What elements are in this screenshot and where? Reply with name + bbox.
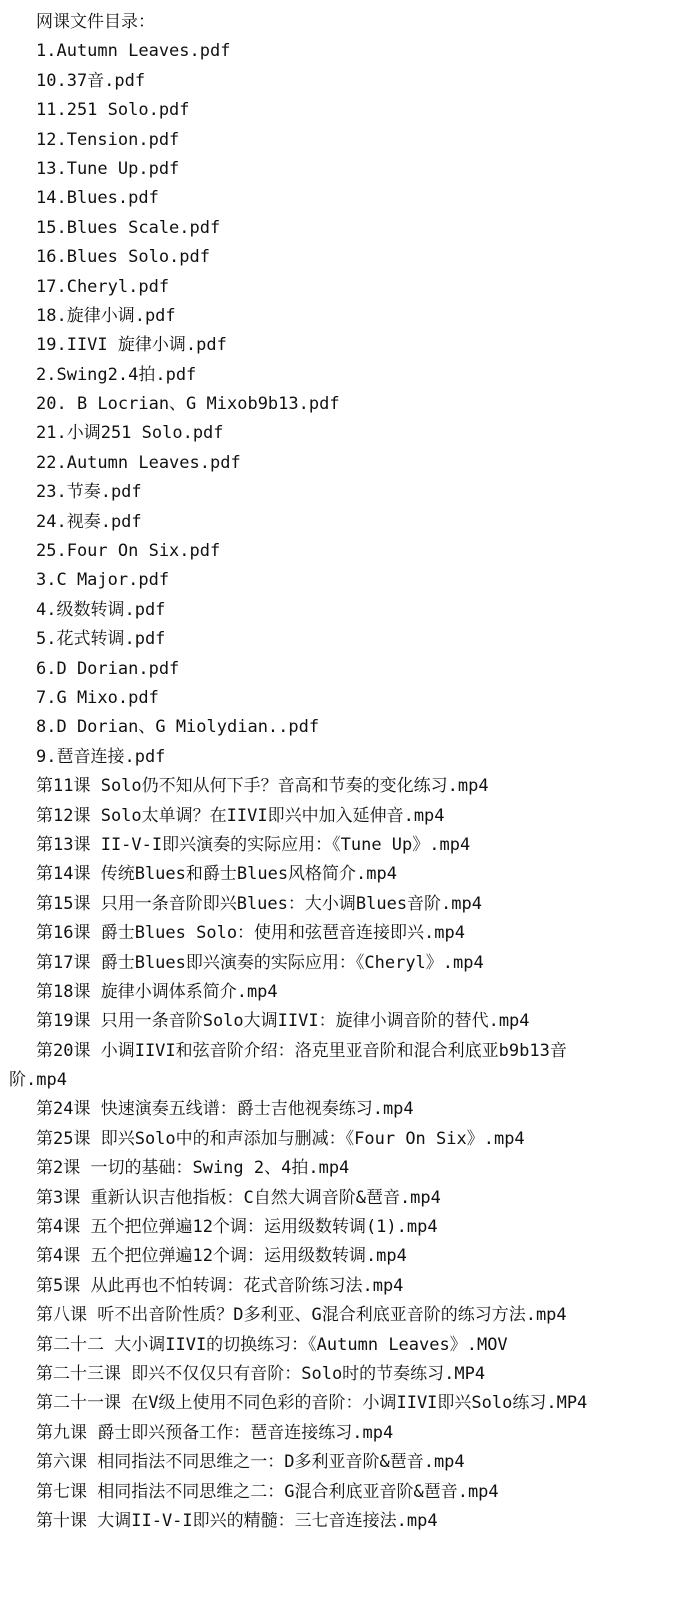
list-item: 第二十二 大小调IIVI的切换练习：《Autumn Leaves》.MOV <box>0 1331 700 1360</box>
file-listing-document: 网课文件目录： 1.Autumn Leaves.pdf 10.37音.pdf 1… <box>0 0 700 1536</box>
list-item: 8.D Dorian、G Miolydian..pdf <box>0 713 700 742</box>
list-item: 19.IIVI 旋律小调.pdf <box>0 331 700 360</box>
list-item: 第24课 快速演奏五线谱：爵士吉他视奏练习.mp4 <box>0 1095 700 1124</box>
list-item: 第八课 听不出音阶性质？D多利亚、G混合利底亚音阶的练习方法.mp4 <box>0 1301 700 1330</box>
list-item: 3.C Major.pdf <box>0 566 700 595</box>
list-item: 第4课 五个把位弹遍12个调：运用级数转调(1).mp4 <box>0 1213 700 1242</box>
list-item: 第18课 旋律小调体系简介.mp4 <box>0 978 700 1007</box>
list-item: 16.Blues Solo.pdf <box>0 243 700 272</box>
list-item: 11.251 Solo.pdf <box>0 96 700 125</box>
video-file-list: 第11课 Solo仍不知从何下手？音高和节奏的变化练习.mp4 第12课 Sol… <box>0 772 700 1536</box>
list-item-wrapped-continuation: 阶.mp4 <box>0 1066 700 1095</box>
list-item: 第17课 爵士Blues即兴演奏的实际应用：《Cheryl》.mp4 <box>0 949 700 978</box>
list-item-wrapped: 第20课 小调IIVI和弦音阶介绍：洛克里亚音阶和混合利底亚b9b13音 <box>0 1037 700 1066</box>
list-item: 15.Blues Scale.pdf <box>0 214 700 243</box>
list-item: 10.37音.pdf <box>0 67 700 96</box>
list-item: 第14课 传统Blues和爵士Blues风格简介.mp4 <box>0 860 700 889</box>
list-item: 12.Tension.pdf <box>0 126 700 155</box>
list-item: 第15课 只用一条音阶即兴Blues：大小调Blues音阶.mp4 <box>0 890 700 919</box>
list-item: 21.小调251 Solo.pdf <box>0 419 700 448</box>
pdf-file-list: 1.Autumn Leaves.pdf 10.37音.pdf 11.251 So… <box>0 37 700 772</box>
list-item: 第11课 Solo仍不知从何下手？音高和节奏的变化练习.mp4 <box>0 772 700 801</box>
list-item: 14.Blues.pdf <box>0 184 700 213</box>
list-item: 第二十三课 即兴不仅仅只有音阶：Solo时的节奏练习.MP4 <box>0 1360 700 1389</box>
list-item: 第16课 爵士Blues Solo：使用和弦琶音连接即兴.mp4 <box>0 919 700 948</box>
list-item: 第19课 只用一条音阶Solo大调IIVI：旋律小调音阶的替代.mp4 <box>0 1007 700 1036</box>
list-item: 第12课 Solo太单调？在IIVI即兴中加入延伸音.mp4 <box>0 802 700 831</box>
list-item: 第十课 大调II-V-I即兴的精髓：三七音连接法.mp4 <box>0 1507 700 1536</box>
list-item: 第5课 从此再也不怕转调：花式音阶练习法.mp4 <box>0 1272 700 1301</box>
list-item: 24.视奏.pdf <box>0 508 700 537</box>
list-item: 6.D Dorian.pdf <box>0 655 700 684</box>
list-item: 第25课 即兴Solo中的和声添加与删减：《Four On Six》.mp4 <box>0 1125 700 1154</box>
list-item: 17.Cheryl.pdf <box>0 273 700 302</box>
list-item: 第2课 一切的基础：Swing 2、4拍.mp4 <box>0 1154 700 1183</box>
list-item: 5.花式转调.pdf <box>0 625 700 654</box>
list-item: 13.Tune Up.pdf <box>0 155 700 184</box>
list-item: 第3课 重新认识吉他指板：C自然大调音阶&琶音.mp4 <box>0 1184 700 1213</box>
list-item: 第九课 爵士即兴预备工作：琶音连接练习.mp4 <box>0 1419 700 1448</box>
list-item: 第4课 五个把位弹遍12个调：运用级数转调.mp4 <box>0 1242 700 1271</box>
list-item: 4.级数转调.pdf <box>0 596 700 625</box>
list-item: 第13课 II-V-I即兴演奏的实际应用：《Tune Up》.mp4 <box>0 831 700 860</box>
list-item: 第七课 相同指法不同思维之二：G混合利底亚音阶&琶音.mp4 <box>0 1478 700 1507</box>
list-item: 22.Autumn Leaves.pdf <box>0 449 700 478</box>
list-item: 第六课 相同指法不同思维之一：D多利亚音阶&琶音.mp4 <box>0 1448 700 1477</box>
list-item: 23.节奏.pdf <box>0 478 700 507</box>
list-item: 18.旋律小调.pdf <box>0 302 700 331</box>
list-item: 2.Swing2.4拍.pdf <box>0 361 700 390</box>
list-item: 1.Autumn Leaves.pdf <box>0 37 700 66</box>
list-item: 9.琶音连接.pdf <box>0 743 700 772</box>
list-item: 20. B Locrian、G Mixob9b13.pdf <box>0 390 700 419</box>
list-item: 第二十一课 在V级上使用不同色彩的音阶：小调IIVI即兴Solo练习.MP4 <box>0 1389 700 1418</box>
list-item: 25.Four On Six.pdf <box>0 537 700 566</box>
document-title: 网课文件目录： <box>0 8 700 37</box>
list-item: 7.G Mixo.pdf <box>0 684 700 713</box>
